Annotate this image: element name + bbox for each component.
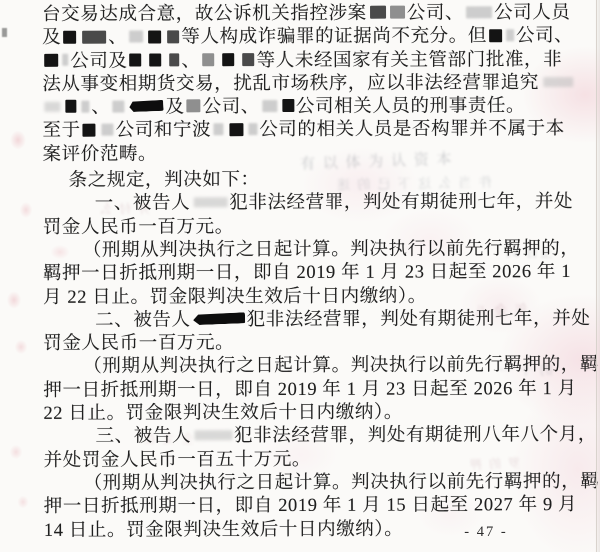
text-segment: （刑期从判决执行之日起计算。判决执行以前先行羁押的，羁 xyxy=(83,355,599,377)
redaction-dark-block xyxy=(82,30,106,43)
redaction-black-block xyxy=(65,100,76,113)
text-line: 台交易达成合意，故公诉机关指控涉案公司、公司人员 xyxy=(42,2,574,27)
text-line: 至于公司和宁波公司的相关人员是否构罪并不属于本 xyxy=(42,118,574,143)
redaction-light-block xyxy=(112,101,124,113)
redaction-light-block xyxy=(213,123,223,135)
redaction-dark-block xyxy=(370,6,386,19)
text-line: 案评价范畴。 xyxy=(43,142,575,167)
text-line: 押一日折抵刑期一日，即自 2019 年 1 月 15 日起至 2027 年 9 … xyxy=(44,494,576,519)
text-segment: 至于 xyxy=(42,121,80,141)
text-segment: 及 xyxy=(165,98,184,118)
page-number: - 47 - xyxy=(448,524,524,541)
text-segment: 条之规定，判决如下： xyxy=(69,170,260,191)
text-line: 公司及、等人未经国家有关主管部门批准，非 xyxy=(42,49,574,74)
redaction-black-block xyxy=(148,30,161,43)
redaction-black-block xyxy=(282,99,294,112)
text-line: （刑期从判决执行之日起计算。判决执行以前先行羁押的，羁 xyxy=(44,471,576,496)
text-segment: 等人构成诈骗罪的证据尚不充分。但 xyxy=(181,27,487,48)
text-line: 、及公司、公司相关人员的刑事责任。 xyxy=(42,95,574,120)
text-line: 月 22 日止。罚金限判决生效后十日内缴纳）。 xyxy=(43,285,575,310)
text-segment: 公司和宁波 xyxy=(116,121,212,141)
text-line: 条之规定，判决如下： xyxy=(43,168,575,193)
text-segment: （刑期从判决执行之日起计算。判决执行以前先行羁押的，羁 xyxy=(84,472,600,494)
text-line: 一、被告人犯非法经营罪，判处有期徒刑七年，并处 xyxy=(43,191,575,216)
text-line: 押一日折抵刑期一日，即自 2019 年 1 月 23 日起至 2026 年 1 … xyxy=(43,378,575,403)
text-segment: 犯非法经营罪，判处有期徒刑七年，并处 xyxy=(229,192,573,213)
text-line: （刑期从判决执行之日起计算。判决执行以前先行羁押的， xyxy=(43,238,575,263)
document-body: 台交易达成合意，故公诉机关指控涉案公司、公司人员及、等人构成诈骗罪的证据尚不充分… xyxy=(0,0,600,543)
text-line: （刑期从判决执行之日起计算。判决执行以前先行羁押的，羁 xyxy=(43,354,575,379)
text-segment: 及 xyxy=(42,28,61,48)
redaction-light-block xyxy=(81,101,89,113)
text-segment: 犯非法经营罪，判处有期徒刑八年八个月， xyxy=(234,425,597,446)
redaction-bar-block xyxy=(192,312,244,325)
text-segment: 台交易达成合意，故公诉机关指控涉案 xyxy=(42,4,367,25)
text-segment: 公司、 xyxy=(407,3,464,23)
redaction-black-block xyxy=(229,123,243,136)
redaction-faint-block xyxy=(194,430,232,440)
redaction-light-block xyxy=(129,31,143,43)
text-segment: 公司的相关人员是否构罪并不属于本 xyxy=(259,120,565,141)
text-line: 并处罚金人民币一百五十万元。 xyxy=(44,448,576,473)
text-segment: 公司人员 xyxy=(494,3,570,23)
text-segment: 公司、 xyxy=(203,97,260,117)
text-segment: 月 22 日止。罚金限判决生效后十日内缴纳）。 xyxy=(43,286,427,307)
text-segment: 等人未经国家有关主管部门批准，非 xyxy=(257,50,563,71)
text-segment: 、 xyxy=(181,51,200,71)
text-line: 及、等人构成诈骗罪的证据尚不充分。但公司、 xyxy=(42,25,574,50)
text-segment: 22 日止。罚金限判决生效后十日内缴纳）。 xyxy=(43,403,403,424)
redaction-gray-block xyxy=(187,100,201,113)
text-segment: 法从事变相期货交易，扰乱市场秩序，应以非法经营罪追究 xyxy=(42,73,539,95)
text-segment: 公司、 xyxy=(516,26,573,46)
text-segment: 、 xyxy=(108,28,127,48)
redaction-black-block xyxy=(149,53,161,66)
redaction-light-block xyxy=(248,123,257,135)
text-line: 羁押一日折抵刑期一日，即自 2019 年 1 月 23 日起至 2026 年 1 xyxy=(43,261,575,286)
text-line: 三、被告人犯非法经营罪，判处有期徒刑八年八个月， xyxy=(43,424,575,449)
redaction-light-block xyxy=(62,54,68,66)
text-segment: 犯非法经营罪，判处有期徒刑七年，并处 xyxy=(247,309,591,330)
redaction-black-block xyxy=(223,53,235,66)
redaction-light-block xyxy=(506,29,514,41)
text-segment: 一、被告人 xyxy=(95,194,191,214)
redaction-faint-block xyxy=(44,102,60,112)
redaction-dark-block xyxy=(243,53,255,66)
redaction-black-block xyxy=(63,30,76,43)
redaction-light-block xyxy=(102,124,114,136)
text-segment: 二、被告人 xyxy=(95,310,191,330)
redaction-black-block xyxy=(489,29,502,42)
text-segment: 、 xyxy=(91,98,110,118)
redaction-light-block xyxy=(262,100,277,112)
text-segment: 公司及 xyxy=(70,51,127,71)
redaction-faint-block xyxy=(193,197,227,207)
redaction-black-block xyxy=(83,123,96,136)
redaction-black-block xyxy=(129,53,141,66)
text-segment: （刑期从判决执行之日起计算。判决执行以前先行羁押的， xyxy=(83,239,580,261)
redaction-faint-block xyxy=(543,77,573,87)
text-line: 罚金人民币一百万元。 xyxy=(43,331,575,356)
text-segment: 押一日折抵刑期一日，即自 2019 年 1 月 15 日起至 2027 年 9 … xyxy=(44,495,577,517)
redaction-light-block xyxy=(466,6,492,18)
redaction-bar-block xyxy=(129,100,163,112)
redaction-gray-block xyxy=(390,6,405,19)
text-segment: 并处罚金人民币一百五十万元。 xyxy=(44,450,311,471)
text-segment: 公司相关人员的刑事责任。 xyxy=(296,96,525,117)
text-segment: 罚金人民币一百万元。 xyxy=(43,333,234,354)
text-line: 罚金人民币一百万元。 xyxy=(43,215,575,240)
text-segment: 押一日折抵刑期一日，即自 2019 年 1 月 23 日起至 2026 年 1 … xyxy=(43,379,576,401)
text-line: 法从事变相期货交易，扰乱市场秩序，应以非法经营罪追究 xyxy=(42,72,574,97)
text-line: 22 日止。罚金限判决生效后十日内缴纳）。 xyxy=(43,401,575,426)
text-segment: 罚金人民币一百万元。 xyxy=(43,217,234,238)
text-segment: 三、被告人 xyxy=(95,427,191,447)
scanned-court-judgment-page: 有 以 体 为 认 资 本件 当 么 这 下 已 的 迷外 付 么14 日止年 … xyxy=(0,0,600,552)
redaction-dark-block xyxy=(169,53,179,66)
text-segment: 案评价范畴。 xyxy=(43,144,158,164)
redaction-gray-block xyxy=(203,53,215,66)
text-segment: 14 日止。罚金限判决生效后十日内缴纳）。 xyxy=(44,519,404,540)
text-segment: 羁押一日折抵刑期一日，即自 2019 年 1 月 23 日起至 2026 年 1 xyxy=(43,262,571,284)
redaction-black-block xyxy=(44,54,58,67)
text-line: 二、被告人犯非法经营罪，判处有期徒刑七年，并处 xyxy=(43,308,575,333)
redaction-dark-block xyxy=(167,30,179,43)
